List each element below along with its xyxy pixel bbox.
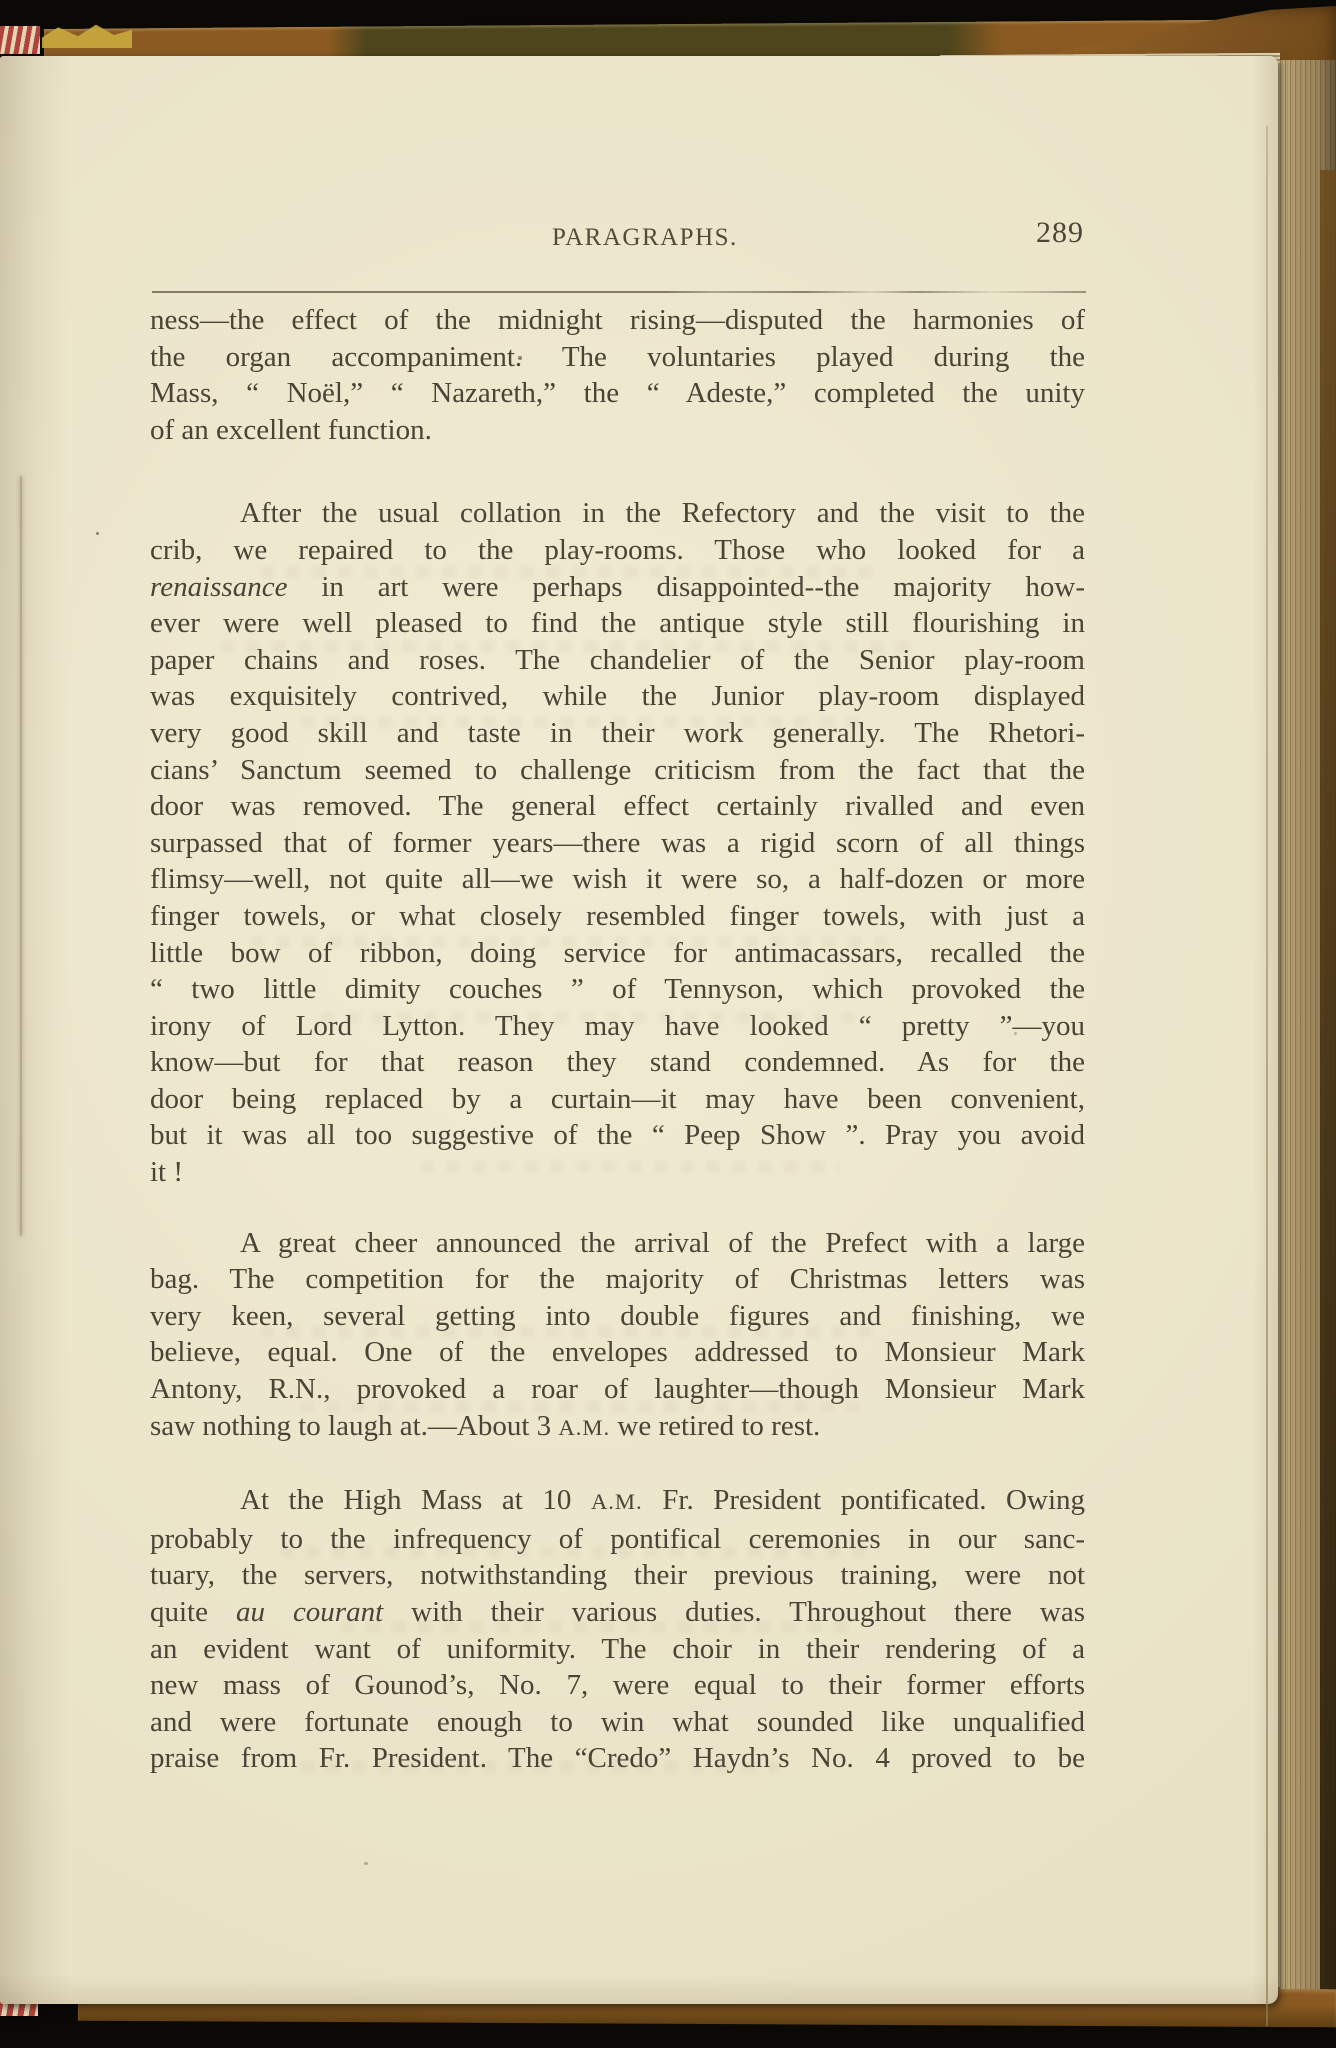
text-line: it ! <box>150 1154 1085 1191</box>
text-line: quite au courant with their various duti… <box>150 1594 1085 1631</box>
text-line: “ two little dimity couches ” of Tennyso… <box>150 971 1085 1008</box>
text-line: saw nothing to laugh at.—About 3 A.M. we… <box>150 1408 1085 1447</box>
text-line: know—but for that reason they stand cond… <box>150 1044 1085 1081</box>
text-line: of an excellent function. <box>150 412 1085 449</box>
book-cover-right-edge <box>1320 170 1336 2000</box>
text-line: flimsy—well, not quite all—we wish it we… <box>150 861 1085 898</box>
text-line: ness—the effect of the midnight rising—d… <box>150 302 1085 339</box>
paper-speck <box>96 532 99 535</box>
text-line: new mass of Gounod’s, No. 7, were equal … <box>150 1667 1085 1704</box>
torn-paper-bit <box>42 22 132 48</box>
text-line: finger towels, or what closely resembled… <box>150 898 1085 935</box>
text-line: and were fortunate enough to win what so… <box>150 1704 1085 1741</box>
text-line: an evident want of uniformity. The choir… <box>150 1631 1085 1668</box>
text-line: tuary, the servers, notwithstanding thei… <box>150 1557 1085 1594</box>
page-edge-line <box>1266 126 1268 2026</box>
text-line: surpassed that of former years—there was… <box>150 825 1085 862</box>
headband-top-left <box>0 26 40 54</box>
page-text: ness—the effect of the midnight rising—d… <box>150 302 1085 1777</box>
text-line: praise from Fr. President. The “Credo” H… <box>150 1740 1085 1777</box>
small-caps-text: A.M. <box>558 1415 610 1440</box>
text-line: door being replaced by a curtain—it may … <box>150 1081 1085 1118</box>
text-line: door was removed. The general effect cer… <box>150 788 1085 825</box>
gutter-crease <box>20 476 22 1236</box>
paragraph: At the High Mass at 10 A.M. Fr. Presiden… <box>150 1482 1085 1777</box>
text-line: A great cheer announced the arrival of t… <box>150 1225 1085 1262</box>
photographed-book-page: { "page": { "header": { "title": "PARAGR… <box>0 0 1336 2048</box>
page-number: 289 <box>1036 216 1084 250</box>
text-line: was exquisitely contrived, while the Jun… <box>150 678 1085 715</box>
text-line: ever were well pleased to find the antiq… <box>150 605 1085 642</box>
text-line: irony of Lord Lytton. They may have look… <box>150 1008 1085 1045</box>
text-line: believe, equal. One of the envelopes add… <box>150 1334 1085 1371</box>
book-page: PARAGRAPHS. 289 ness—the effect of the m… <box>0 56 1278 2004</box>
italic-text: renaissance <box>150 571 287 603</box>
running-header: PARAGRAPHS. <box>552 224 738 252</box>
text-line: paper chains and roses. The chandelier o… <box>150 642 1085 679</box>
text-line: very keen, several getting into double f… <box>150 1298 1085 1335</box>
text-line: After the usual collation in the Refecto… <box>150 495 1085 532</box>
text-line: Mass, “ Noël,” “ Nazareth,” the “ Adeste… <box>150 375 1085 412</box>
text-line: cians’ Sanctum seemed to challenge criti… <box>150 752 1085 789</box>
paper-speck <box>364 1862 368 1865</box>
small-caps-text: A.M. <box>591 1489 643 1514</box>
text-line: probably to the infrequency of pontifica… <box>150 1521 1085 1558</box>
paragraph: After the usual collation in the Refecto… <box>150 495 1085 1190</box>
text-line: bag. The competition for the majority of… <box>150 1261 1085 1298</box>
italic-text: au courant <box>236 1596 383 1628</box>
header-rule <box>152 291 1086 293</box>
text-line: the organ accompaniment. The voluntaries… <box>150 339 1085 376</box>
text-line: Antony, R.N., provoked a roar of laughte… <box>150 1371 1085 1408</box>
paragraph: A great cheer announced the arrival of t… <box>150 1225 1085 1447</box>
paragraph: ness—the effect of the midnight rising—d… <box>150 302 1085 448</box>
text-line: At the High Mass at 10 A.M. Fr. Presiden… <box>150 1482 1085 1521</box>
text-line: very good skill and taste in their work … <box>150 715 1085 752</box>
text-line: crib, we repaired to the play-rooms. Tho… <box>150 532 1085 569</box>
text-line: little bow of ribbon, doing service for … <box>150 935 1085 972</box>
text-line: but it was all too suggestive of the “ P… <box>150 1117 1085 1154</box>
text-line: renaissance in art were perhaps disappoi… <box>150 569 1085 606</box>
